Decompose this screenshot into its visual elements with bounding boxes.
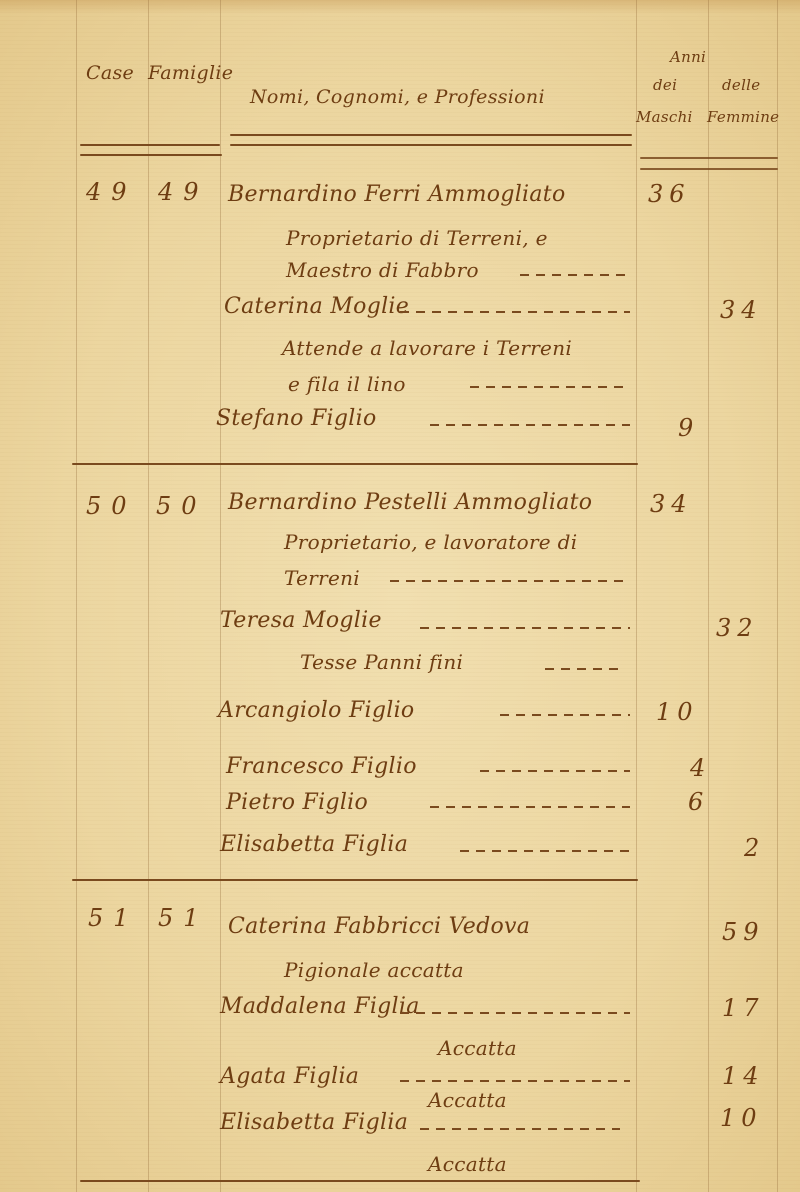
filler-dashes <box>430 806 630 808</box>
house-number: 51 <box>88 904 139 932</box>
profession: Accatta <box>428 1088 507 1112</box>
person-name: Caterina Fabbricci Vedova <box>228 914 530 939</box>
person-name: Bernardino Pestelli Ammogliato <box>228 490 592 515</box>
profession: Attende a lavorare i Terreni <box>282 336 572 360</box>
person-name: Stefano Figlio <box>216 406 377 431</box>
header-rule <box>80 144 220 146</box>
female-age: 17 <box>722 994 765 1022</box>
male-age: 4 <box>690 754 711 782</box>
header-rule <box>230 144 632 146</box>
person-name: Maddalena Figlia <box>220 994 420 1019</box>
header-femmine: Femmine <box>707 108 779 126</box>
column-rule <box>148 0 149 1192</box>
header-rule <box>640 157 778 159</box>
filler-dashes <box>520 274 630 276</box>
header-rule <box>80 154 222 156</box>
male-age: 10 <box>656 698 699 726</box>
header-anni: Anni <box>670 48 706 66</box>
family-number: 49 <box>158 178 209 206</box>
female-age: 10 <box>720 1104 763 1132</box>
filler-dashes <box>420 1128 620 1130</box>
family-number: 50 <box>156 492 207 520</box>
profession: Pigionale accatta <box>284 958 464 982</box>
household-separator <box>72 463 638 465</box>
header-famiglie: Famiglie <box>148 62 233 84</box>
filler-dashes <box>460 850 630 852</box>
female-age: 34 <box>720 296 763 324</box>
column-rule <box>777 0 778 1192</box>
house-number: 50 <box>86 492 137 520</box>
column-rule <box>76 0 77 1192</box>
household-separator <box>72 879 638 881</box>
column-rule <box>708 0 709 1192</box>
profession: Terreni <box>284 566 360 590</box>
column-rule <box>636 0 637 1192</box>
header-rule <box>230 134 632 136</box>
family-number: 51 <box>158 904 209 932</box>
person-name: Pietro Figlio <box>226 790 368 815</box>
filler-dashes <box>470 386 630 388</box>
household-separator <box>80 1180 640 1182</box>
header-delle: delle <box>722 76 760 94</box>
filler-dashes <box>430 424 630 426</box>
profession: Accatta <box>428 1152 507 1176</box>
person-name: Elisabetta Figlia <box>220 832 408 857</box>
person-name: Francesco Figlio <box>226 754 417 779</box>
header-names: Nomi, Cognomi, e Professioni <box>250 86 545 108</box>
filler-dashes <box>400 311 630 313</box>
filler-dashes <box>390 580 630 582</box>
person-name: Caterina Moglie <box>224 294 409 319</box>
header-dei: dei <box>653 76 677 94</box>
filler-dashes <box>420 627 630 629</box>
profession: Proprietario di Terreni, e <box>286 226 548 250</box>
profession: Accatta <box>438 1036 517 1060</box>
female-age: 59 <box>722 918 765 946</box>
male-age: 6 <box>688 788 709 816</box>
header-rule <box>640 168 778 170</box>
header-maschi: Maschi <box>636 108 693 126</box>
census-page: Case Famiglie Nomi, Cognomi, e Professio… <box>0 0 800 1192</box>
filler-dashes <box>400 1012 630 1014</box>
male-age: 9 <box>678 414 699 442</box>
male-age: 34 <box>650 490 693 518</box>
filler-dashes <box>545 668 625 670</box>
filler-dashes <box>480 770 630 772</box>
filler-dashes <box>500 714 630 716</box>
female-age: 14 <box>722 1062 765 1090</box>
person-name: Elisabetta Figlia <box>220 1110 408 1135</box>
person-name: Agata Figlia <box>220 1064 359 1089</box>
profession: e fila il lino <box>288 372 406 396</box>
house-number: 49 <box>86 178 137 206</box>
person-name: Bernardino Ferri Ammogliato <box>228 182 566 207</box>
female-age: 2 <box>744 834 765 862</box>
male-age: 36 <box>648 180 691 208</box>
profession: Proprietario, e lavoratore di <box>284 530 577 554</box>
profession: Tesse Panni fini <box>300 650 463 674</box>
header-case: Case <box>86 62 134 84</box>
person-name: Teresa Moglie <box>220 608 382 633</box>
profession: Maestro di Fabbro <box>286 258 479 282</box>
female-age: 32 <box>716 614 759 642</box>
filler-dashes <box>400 1080 630 1082</box>
person-name: Arcangiolo Figlio <box>218 698 414 723</box>
